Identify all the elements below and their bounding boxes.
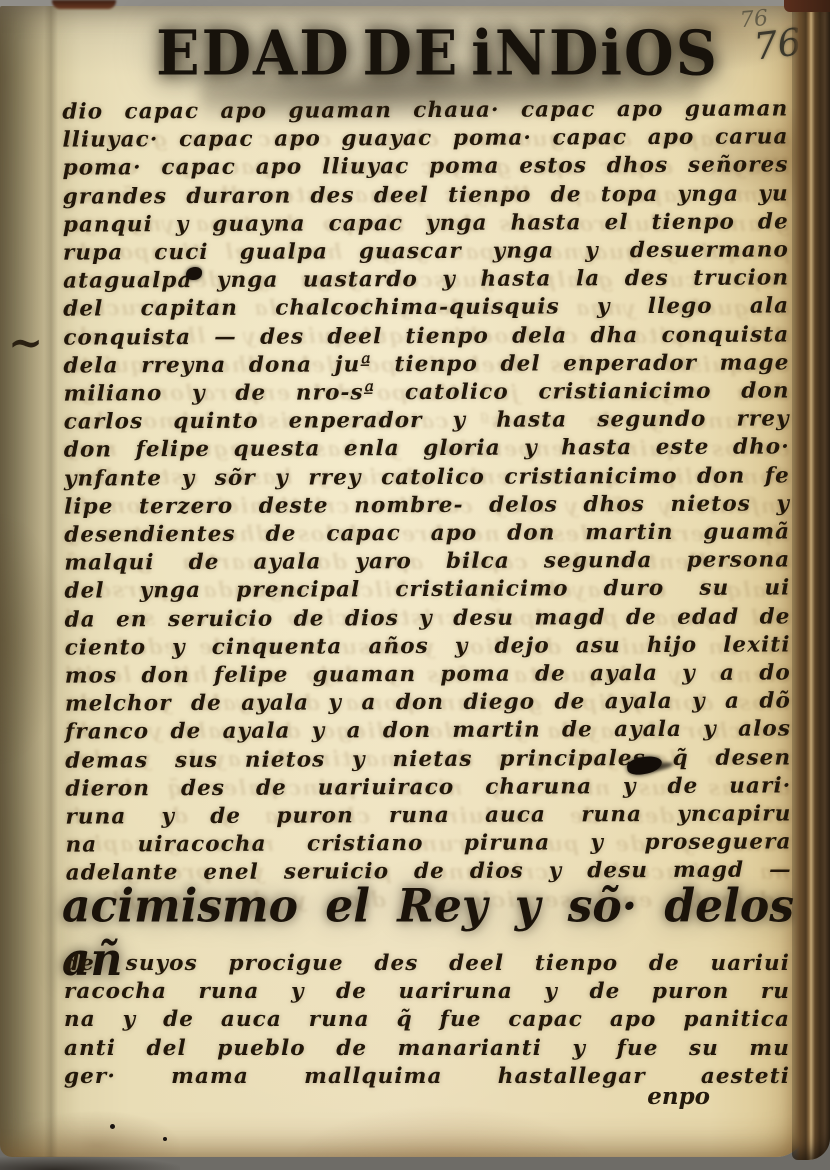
manuscript-text-line: don felipe questa enla gloria y hasta es… — [64, 434, 790, 465]
manuscript-text-line: del capitan chalcochima-quisquis y llego… — [63, 293, 789, 324]
manuscript-text-line: carlos quinto enperador y hasta segundo … — [64, 406, 790, 437]
bottom-edge-shadow — [0, 1156, 180, 1170]
manuscript-text-line: racocha runa y de uariruna y de puron ru — [64, 978, 790, 1006]
background-corner-dark — [784, 0, 830, 12]
manuscript-text-line: de suyos procigue des deel tienpo de uar… — [64, 950, 790, 978]
manuscript-lower-body: de suyos procigue des deel tienpo de uar… — [64, 950, 790, 1091]
binding-gutter — [44, 6, 58, 1157]
manuscript-text-line: dela rreyna dona juª tienpo del enperado… — [63, 349, 789, 380]
manuscript-text-line: desendientes de capac apo don martin gua… — [64, 518, 790, 549]
manuscript-text-line: lliuyac· capac apo guayac poma· capac ap… — [62, 124, 788, 155]
top-edge-patch — [52, 0, 116, 9]
manuscript-text-line: rupa cuci gualpa guascar ynga y desuerma… — [63, 236, 789, 267]
manuscript-text-line: lipe terzero deste nombre- delos dhos ni… — [64, 490, 790, 521]
manuscript-text-line: na uiracocha cristiano piruna y prosegue… — [65, 829, 791, 860]
manuscript-scene: EDAD DE iNDiOS 76 76 dio capac apo guama… — [0, 0, 830, 1170]
manuscript-page: EDAD DE iNDiOS 76 76 dio capac apo guama… — [0, 6, 806, 1157]
manuscript-text-line: dieron des de uariuiraco charuna y de ua… — [65, 772, 791, 803]
margin-tilde-mark: ~ — [8, 318, 43, 367]
book-fore-edge — [792, 0, 830, 1160]
manuscript-text-line: mos don felipe guaman poma de ayala y a … — [65, 659, 791, 690]
manuscript-text-line: panqui y guayna capac ynga hasta el tien… — [63, 208, 789, 239]
manuscript-text-line: miliano y de nro-sª catolico cristianici… — [64, 377, 790, 408]
manuscript-text-line: malqui de ayala yaro bilca segunda perso… — [64, 547, 790, 578]
manuscript-text-line: anti del pueblo de manarianti y fue su m… — [64, 1035, 790, 1063]
manuscript-text-line: runa y de puron runa auca runa yncapiru — [65, 800, 791, 831]
manuscript-text-line: ynfante y sõr y rrey catolico cristianic… — [64, 462, 790, 493]
manuscript-text-line: dio capac apo guaman chaua· capac apo gu… — [62, 95, 788, 126]
manuscript-body: dio capac apo guaman chaua· capac apo gu… — [62, 95, 791, 888]
manuscript-text-line: conquista — des deel tienpo dela dha con… — [63, 321, 789, 352]
manuscript-text-line: demas sus nietos y nietas principales q̃… — [65, 744, 791, 775]
page-title: EDAD DE iNDiOS — [150, 17, 725, 89]
manuscript-text-line: franco de ayala y a don martin de ayala … — [65, 716, 791, 747]
manuscript-text-line: atagualpa ynga uastardo y hasta la des t… — [63, 265, 789, 296]
manuscript-text-line: grandes duraron des deel tienpo de topa … — [63, 180, 789, 211]
manuscript-text-line: da en seruicio de dios y desu magd de ed… — [64, 603, 790, 634]
ink-speck — [110, 1124, 115, 1129]
catchword: enpo — [647, 1083, 710, 1110]
manuscript-text-line: melchor de ayala y a don diego de ayala … — [65, 688, 791, 719]
manuscript-text-line: na y de auca runa q̃ fue capac apo panit… — [64, 1006, 790, 1034]
manuscript-text-line: poma· capac apo lliuyac poma estos dhos … — [63, 152, 789, 183]
manuscript-text-line: ciento y cinquenta años y dejo asu hijo … — [65, 631, 791, 662]
ink-speck — [163, 1137, 167, 1141]
manuscript-text-line: del ynga prencipal cristianicimo duro su… — [64, 575, 790, 606]
